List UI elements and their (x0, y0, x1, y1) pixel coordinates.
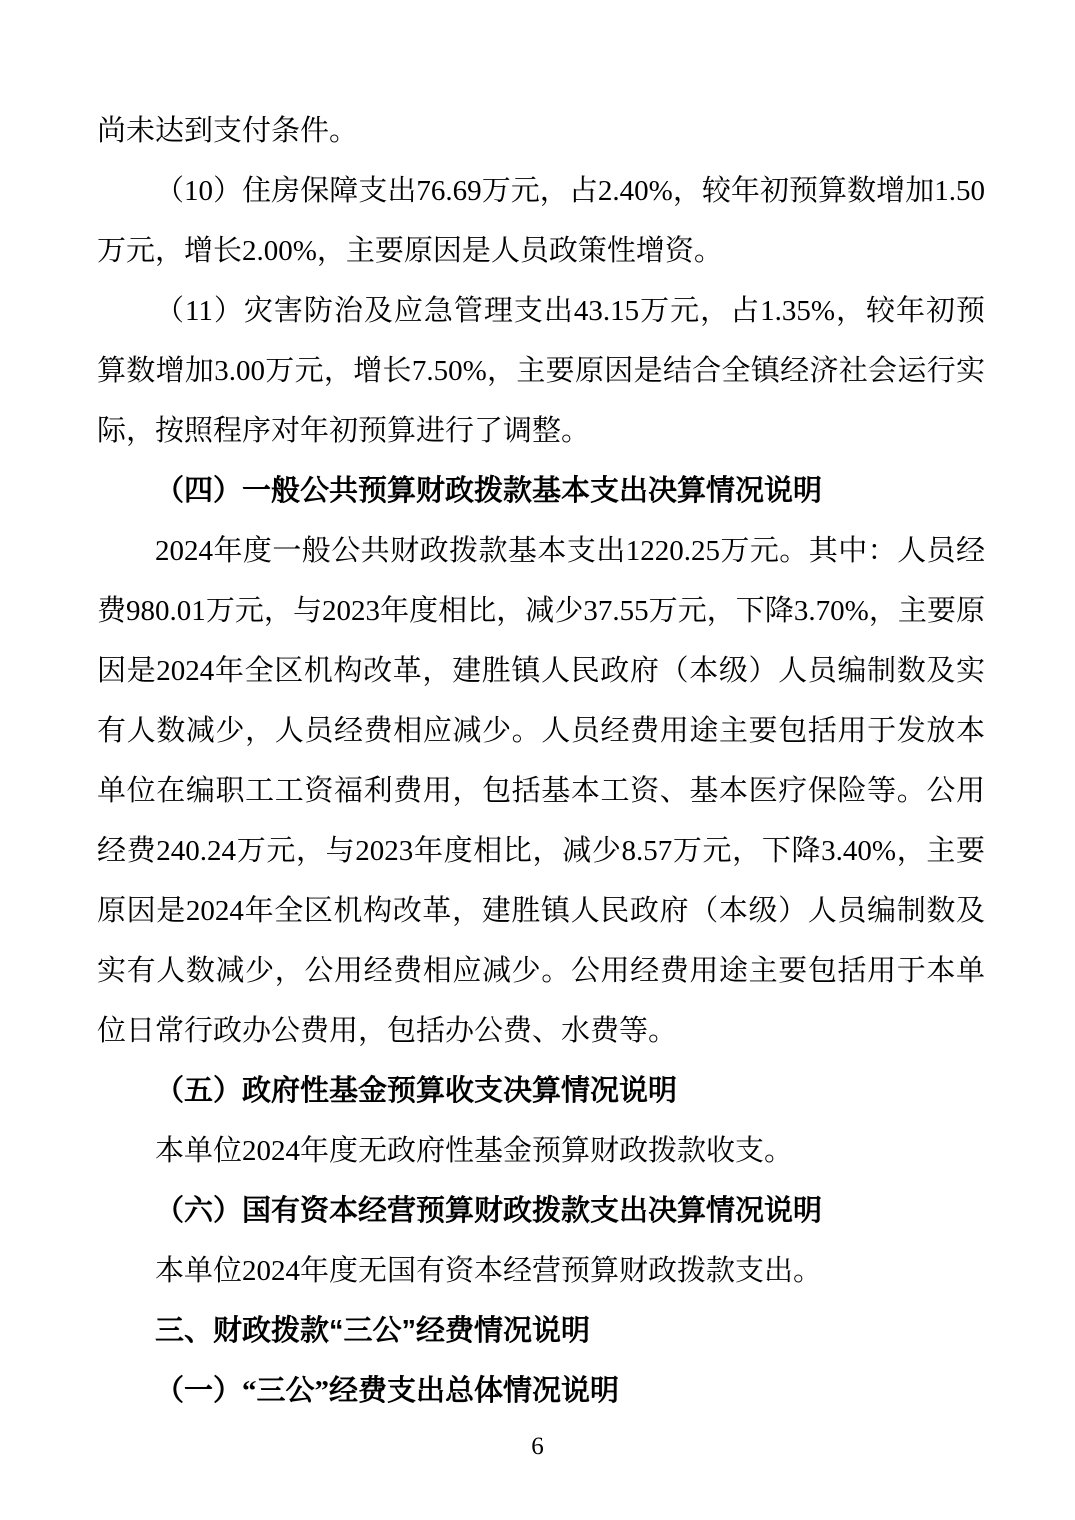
paragraph-state-capital-none: 本单位2024年度无国有资本经营预算财政拨款支出。 (97, 1241, 985, 1301)
paragraph-item-11-disaster-prevention: （11）灾害防治及应急管理支出43.15万元，占1.35%，较年初预算数增加3.… (97, 281, 985, 461)
paragraph-basic-expenditure-detail: 2024年度一般公共财政拨款基本支出1220.25万元。其中：人员经费980.0… (97, 521, 985, 1061)
document-page: 尚未达到支付条件。 （10）住房保障支出76.69万元，占2.40%，较年初预算… (0, 0, 1075, 1520)
chapter-heading-three-public-funds: 三、财政拨款“三公”经费情况说明 (97, 1301, 985, 1361)
section-heading-4-basic-expenditure: （四）一般公共预算财政拨款基本支出决算情况说明 (97, 461, 985, 521)
paragraph-gov-fund-none: 本单位2024年度无政府性基金预算财政拨款收支。 (97, 1121, 985, 1181)
paragraph-item-10-housing-security: （10）住房保障支出76.69万元，占2.40%，较年初预算数增加1.50万元，… (97, 161, 985, 281)
page-number: 6 (0, 1430, 1075, 1464)
subsection-heading-1-overall-expenditure: （一）“三公”经费支出总体情况说明 (97, 1361, 985, 1421)
paragraph-payment-condition-continuation: 尚未达到支付条件。 (97, 101, 985, 161)
section-heading-6-state-capital-budget: （六）国有资本经营预算财政拨款支出决算情况说明 (97, 1181, 985, 1241)
section-heading-5-gov-fund-budget: （五）政府性基金预算收支决算情况说明 (97, 1061, 985, 1121)
